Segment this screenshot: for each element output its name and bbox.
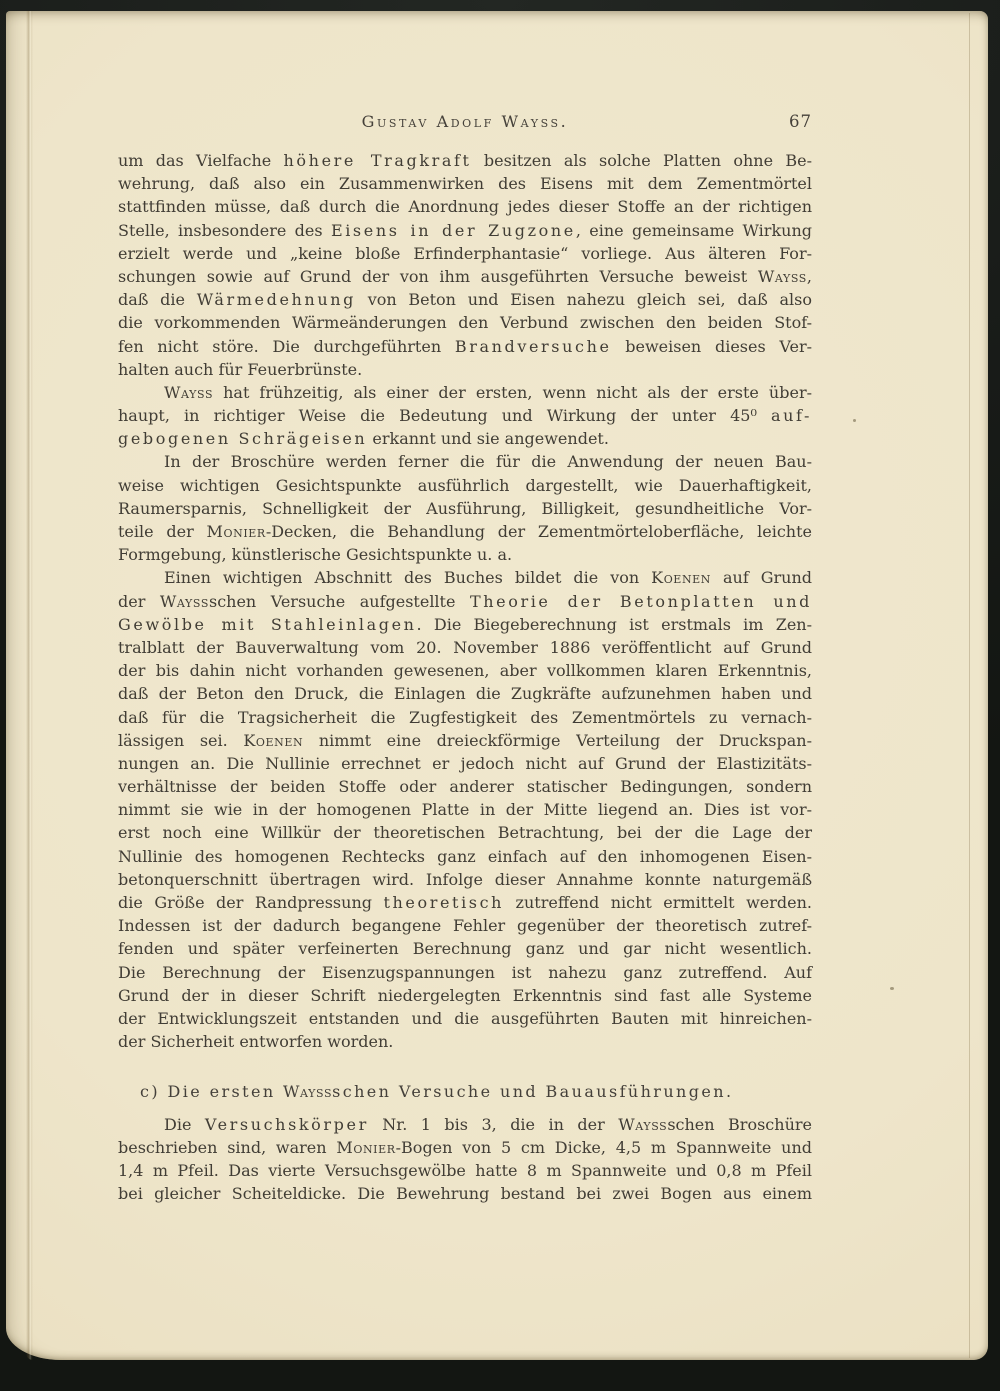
text-line: Die Berechnung der Eisenzugspannungen is… (118, 961, 812, 984)
paper-speck (853, 419, 856, 422)
text-run: Stelle, insbesondere des (118, 221, 331, 240)
text-line: daß für die Tragsicherheit die Zugfestig… (118, 706, 812, 729)
book-page: Gustav Adolf Wayss. 67 um das Vielfache … (6, 11, 988, 1360)
text-run: der bis dahin nicht vorhanden gewesenen,… (118, 661, 812, 680)
text-line: die Größe der Randpressung theoretisch z… (118, 891, 812, 914)
text-line: fenden und später verfeinerten Berechnun… (118, 937, 812, 960)
text-run: wehrung, daß also ein Zusammenwirken des… (118, 174, 812, 193)
text-run: hat frühzeitig, als einer der ersten, we… (213, 383, 812, 402)
text-run: der Entwicklungszeit entstanden und die … (118, 1009, 812, 1028)
text-run: von Beton und Eisen nahezu gleich sei, d… (356, 290, 812, 309)
text-line: daß der Beton den Druck, die Einlagen di… (118, 682, 812, 705)
text-run: auf Grund (711, 568, 812, 587)
text-line: Grund der in dieser Schrift niedergelegt… (118, 984, 812, 1007)
text-run: Formgebung, künstlerische Gesichtspunkte… (118, 545, 512, 564)
text-line: stattfinden müsse, daß durch die Anordnu… (118, 195, 812, 218)
text-run: schen Versuche aufgestellte (209, 592, 470, 611)
section-heading: c) Die ersten Wayssschen Versuche und Ba… (118, 1080, 812, 1103)
text-run: schungen sowie auf Grund der von ihm aus… (118, 267, 758, 286)
text-run: Nullinie des homogenen Rechtecks ganz ei… (118, 847, 812, 866)
text-run: Wärmedehnung (197, 290, 356, 309)
text-run: teile der (118, 522, 207, 541)
text-run: der (118, 592, 160, 611)
text-line: bei gleicher Scheiteldicke. Die Bewehrun… (118, 1182, 812, 1205)
text-line: Indessen ist der dadurch begangene Fehle… (118, 914, 812, 937)
text-run: weise wichtigen Gesichtspunkte ausführli… (118, 476, 812, 495)
text-run: Raumersparnis, Schnelligkeit der Ausführ… (118, 499, 812, 518)
text-run: Nr. 1 bis 3, die in der (369, 1115, 618, 1134)
text-run: 1,4 m Pfeil. Das vierte Versuchsgewölbe … (118, 1161, 812, 1180)
book-scan-background: Gustav Adolf Wayss. 67 um das Vielfache … (0, 0, 1000, 1391)
text-run: auf- (771, 406, 812, 425)
text-line: fen nicht störe. Die durchgeführten Bran… (118, 335, 812, 358)
text-run: besitzen als solche Platten ohne Be- (472, 151, 812, 170)
scanned-book-page: { "page": { "running_header": "Gustav Ad… (0, 0, 1000, 1391)
small-caps-name: Monier (207, 522, 266, 541)
text-run: daß die (118, 290, 197, 309)
small-caps-name: Wayss (164, 383, 213, 402)
text-run: c) Die ersten (140, 1082, 283, 1101)
text-line: der bis dahin nicht vorhanden gewesenen,… (118, 659, 812, 682)
text-run: nimmt eine dreieckförmige Verteilung der… (303, 731, 812, 750)
text-run: In der Broschüre werden ferner die für d… (164, 452, 812, 471)
text-run: lässigen sei. (118, 731, 243, 750)
text-run: , eine gemeinsame Wirkung (576, 221, 812, 240)
text-line: 1,4 m Pfeil. Das vierte Versuchsgewölbe … (118, 1159, 812, 1182)
text-run: gebogenen Schrägeisen (118, 429, 367, 448)
text-run: zutreffend nicht ermittelt werden. (504, 893, 812, 912)
text-line: verhältnisse der beiden Stoffe oder ande… (118, 775, 812, 798)
text-line: um das Vielfache höhere Tragkraft besitz… (118, 149, 812, 172)
text-run: Theorie der Betonplatten und (470, 592, 812, 611)
text-line: halten auch für Feuerbrünste. (118, 358, 812, 381)
text-line: Nullinie des homogenen Rechtecks ganz ei… (118, 845, 812, 868)
text-line: Einen wichtigen Abschnitt des Buches bil… (118, 566, 812, 589)
text-run: Eisens in der Zugzone (331, 221, 576, 240)
small-caps-name: Wayss (160, 592, 209, 611)
text-line: Gewölbe mit Stahleinlagen. Die Biegebere… (118, 613, 812, 636)
text-run: Die Berechnung der Eisenzugspannungen is… (118, 963, 812, 982)
text-run: , (807, 267, 812, 286)
text-run: fen nicht störe. Die durchgeführten (118, 337, 455, 356)
text-run: beweisen dieses Ver- (612, 337, 812, 356)
text-run: erkannt und sie angewendet. (367, 429, 609, 448)
text-run: halten auch für Feuerbrünste. (118, 360, 362, 379)
text-line: tralblatt der Bauverwaltung vom 20. Nove… (118, 636, 812, 659)
small-caps-name: Wayss (283, 1082, 332, 1101)
text-run: höhere Tragkraft (284, 151, 472, 170)
text-line: die vorkommenden Wärmeänderungen den Ver… (118, 311, 812, 334)
text-run: stattfinden müsse, daß durch die Anordnu… (118, 197, 812, 216)
text-run: die Größe der Randpressung (118, 893, 383, 912)
text-line: daß die Wärmedehnung von Beton und Eisen… (118, 288, 812, 311)
text-run: haupt, in richtiger Weise die Bedeutung … (118, 406, 771, 425)
small-caps-name: Wayss (758, 267, 807, 286)
text-run: schen Broschüre (667, 1115, 812, 1134)
text-run: erzielt werde und „keine bloße Erfinderp… (118, 244, 812, 263)
text-run: theoretisch (383, 893, 504, 912)
text-line: schungen sowie auf Grund der von ihm aus… (118, 265, 812, 288)
text-line: erst noch eine Willkür der theoretischen… (118, 821, 812, 844)
text-run: um das Vielfache (118, 151, 284, 170)
text-line: wehrung, daß also ein Zusammenwirken des… (118, 172, 812, 195)
text-line: Formgebung, künstlerische Gesichtspunkte… (118, 543, 812, 566)
text-run: Indessen ist der dadurch begangene Fehle… (118, 916, 812, 935)
paragraph: Wayss hat frühzeitig, als einer der erst… (118, 381, 812, 451)
running-header: Gustav Adolf Wayss. 67 (118, 112, 812, 134)
text-run: fenden und später verfeinerten Berechnun… (118, 939, 812, 958)
text-line: erzielt werde und „keine bloße Erfinderp… (118, 242, 812, 265)
text-line: c) Die ersten Wayssschen Versuche und Ba… (118, 1080, 812, 1103)
small-caps-name: Koenen (651, 568, 711, 587)
text-line: der Sicherheit entworfen worden. (118, 1030, 812, 1053)
text-run: Die (164, 1115, 205, 1134)
text-line: lässigen sei. Koenen nimmt eine dreieckf… (118, 729, 812, 752)
text-run: Einen wichtigen Abschnitt des Buches bil… (164, 568, 651, 587)
text-line: Die Versuchskörper Nr. 1 bis 3, die in d… (118, 1113, 812, 1136)
text-line: der Wayssschen Versuche aufgestellte The… (118, 590, 812, 613)
text-run: . Die Biegeberechnung ist erstmals im Ze… (417, 615, 812, 634)
paragraph: um das Vielfache höhere Tragkraft besitz… (118, 149, 812, 381)
paragraph: In der Broschüre werden ferner die für d… (118, 450, 812, 566)
binding-crease (26, 11, 33, 1360)
text-line: In der Broschüre werden ferner die für d… (118, 450, 812, 473)
text-run: Gewölbe mit Stahleinlagen (118, 615, 417, 634)
text-run: Versuchskörper (205, 1115, 369, 1134)
text-run: tralblatt der Bauverwaltung vom 20. Nove… (118, 638, 812, 657)
text-line: haupt, in richtiger Weise die Bedeutung … (118, 404, 812, 427)
text-line: beschrieben sind, waren Monier-Bogen von… (118, 1136, 812, 1159)
text-line: gebogenen Schrägeisen erkannt und sie an… (118, 427, 812, 450)
text-line: teile der Monier-Decken, die Behandlung … (118, 520, 812, 543)
paragraph: Die Versuchskörper Nr. 1 bis 3, die in d… (118, 1113, 812, 1206)
text-run: daß der Beton den Druck, die Einlagen di… (118, 684, 812, 703)
text-run: erst noch eine Willkür der theoretischen… (118, 823, 812, 842)
text-run: bei gleicher Scheiteldicke. Die Bewehrun… (118, 1184, 812, 1203)
text-line: nungen an. Die Nullinie errechnet er jed… (118, 752, 812, 775)
page-text: um das Vielfache höhere Tragkraft besitz… (118, 149, 812, 1205)
text-run: -Decken, die Behandlung der Zementmörtel… (266, 522, 812, 541)
small-caps-name: Wayss (618, 1115, 667, 1134)
small-caps-name: Monier (336, 1138, 395, 1157)
paper-speck (890, 987, 894, 990)
text-line: der Entwicklungszeit entstanden und die … (118, 1007, 812, 1030)
text-run: nungen an. Die Nullinie errechnet er jed… (118, 754, 812, 773)
running-header-title: Gustav Adolf Wayss. (362, 112, 569, 131)
text-run: der Sicherheit entworfen worden. (118, 1032, 393, 1051)
fore-edge-page-stack (969, 13, 988, 1358)
text-run: betonquerschnitt übertragen wird. Infolg… (118, 870, 812, 889)
paragraph: Einen wichtigen Abschnitt des Buches bil… (118, 566, 812, 1053)
text-line: Stelle, insbesondere des Eisens in der Z… (118, 219, 812, 242)
small-caps-name: Koenen (243, 731, 303, 750)
text-run: schen Versuche und Bauausführungen. (332, 1082, 733, 1101)
text-run: Brandversuche (455, 337, 612, 356)
text-line: Raumersparnis, Schnelligkeit der Ausführ… (118, 497, 812, 520)
text-run: die vorkommenden Wärmeänderungen den Ver… (118, 313, 812, 332)
page-number: 67 (789, 112, 812, 131)
text-run: verhältnisse der beiden Stoffe oder ande… (118, 777, 812, 796)
text-run: beschrieben sind, waren (118, 1138, 336, 1157)
text-line: weise wichtigen Gesichtspunkte ausführli… (118, 474, 812, 497)
text-run: Grund der in dieser Schrift niedergelegt… (118, 986, 812, 1005)
text-line: betonquerschnitt übertragen wird. Infolg… (118, 868, 812, 891)
text-run: daß für die Tragsicherheit die Zugfestig… (118, 708, 812, 727)
text-line: Wayss hat frühzeitig, als einer der erst… (118, 381, 812, 404)
text-run: -Bogen von 5 cm Dicke, 4,5 m Spannweite … (396, 1138, 812, 1157)
text-run: nimmt sie wie in der homogenen Platte in… (118, 800, 812, 819)
text-line: nimmt sie wie in der homogenen Platte in… (118, 798, 812, 821)
